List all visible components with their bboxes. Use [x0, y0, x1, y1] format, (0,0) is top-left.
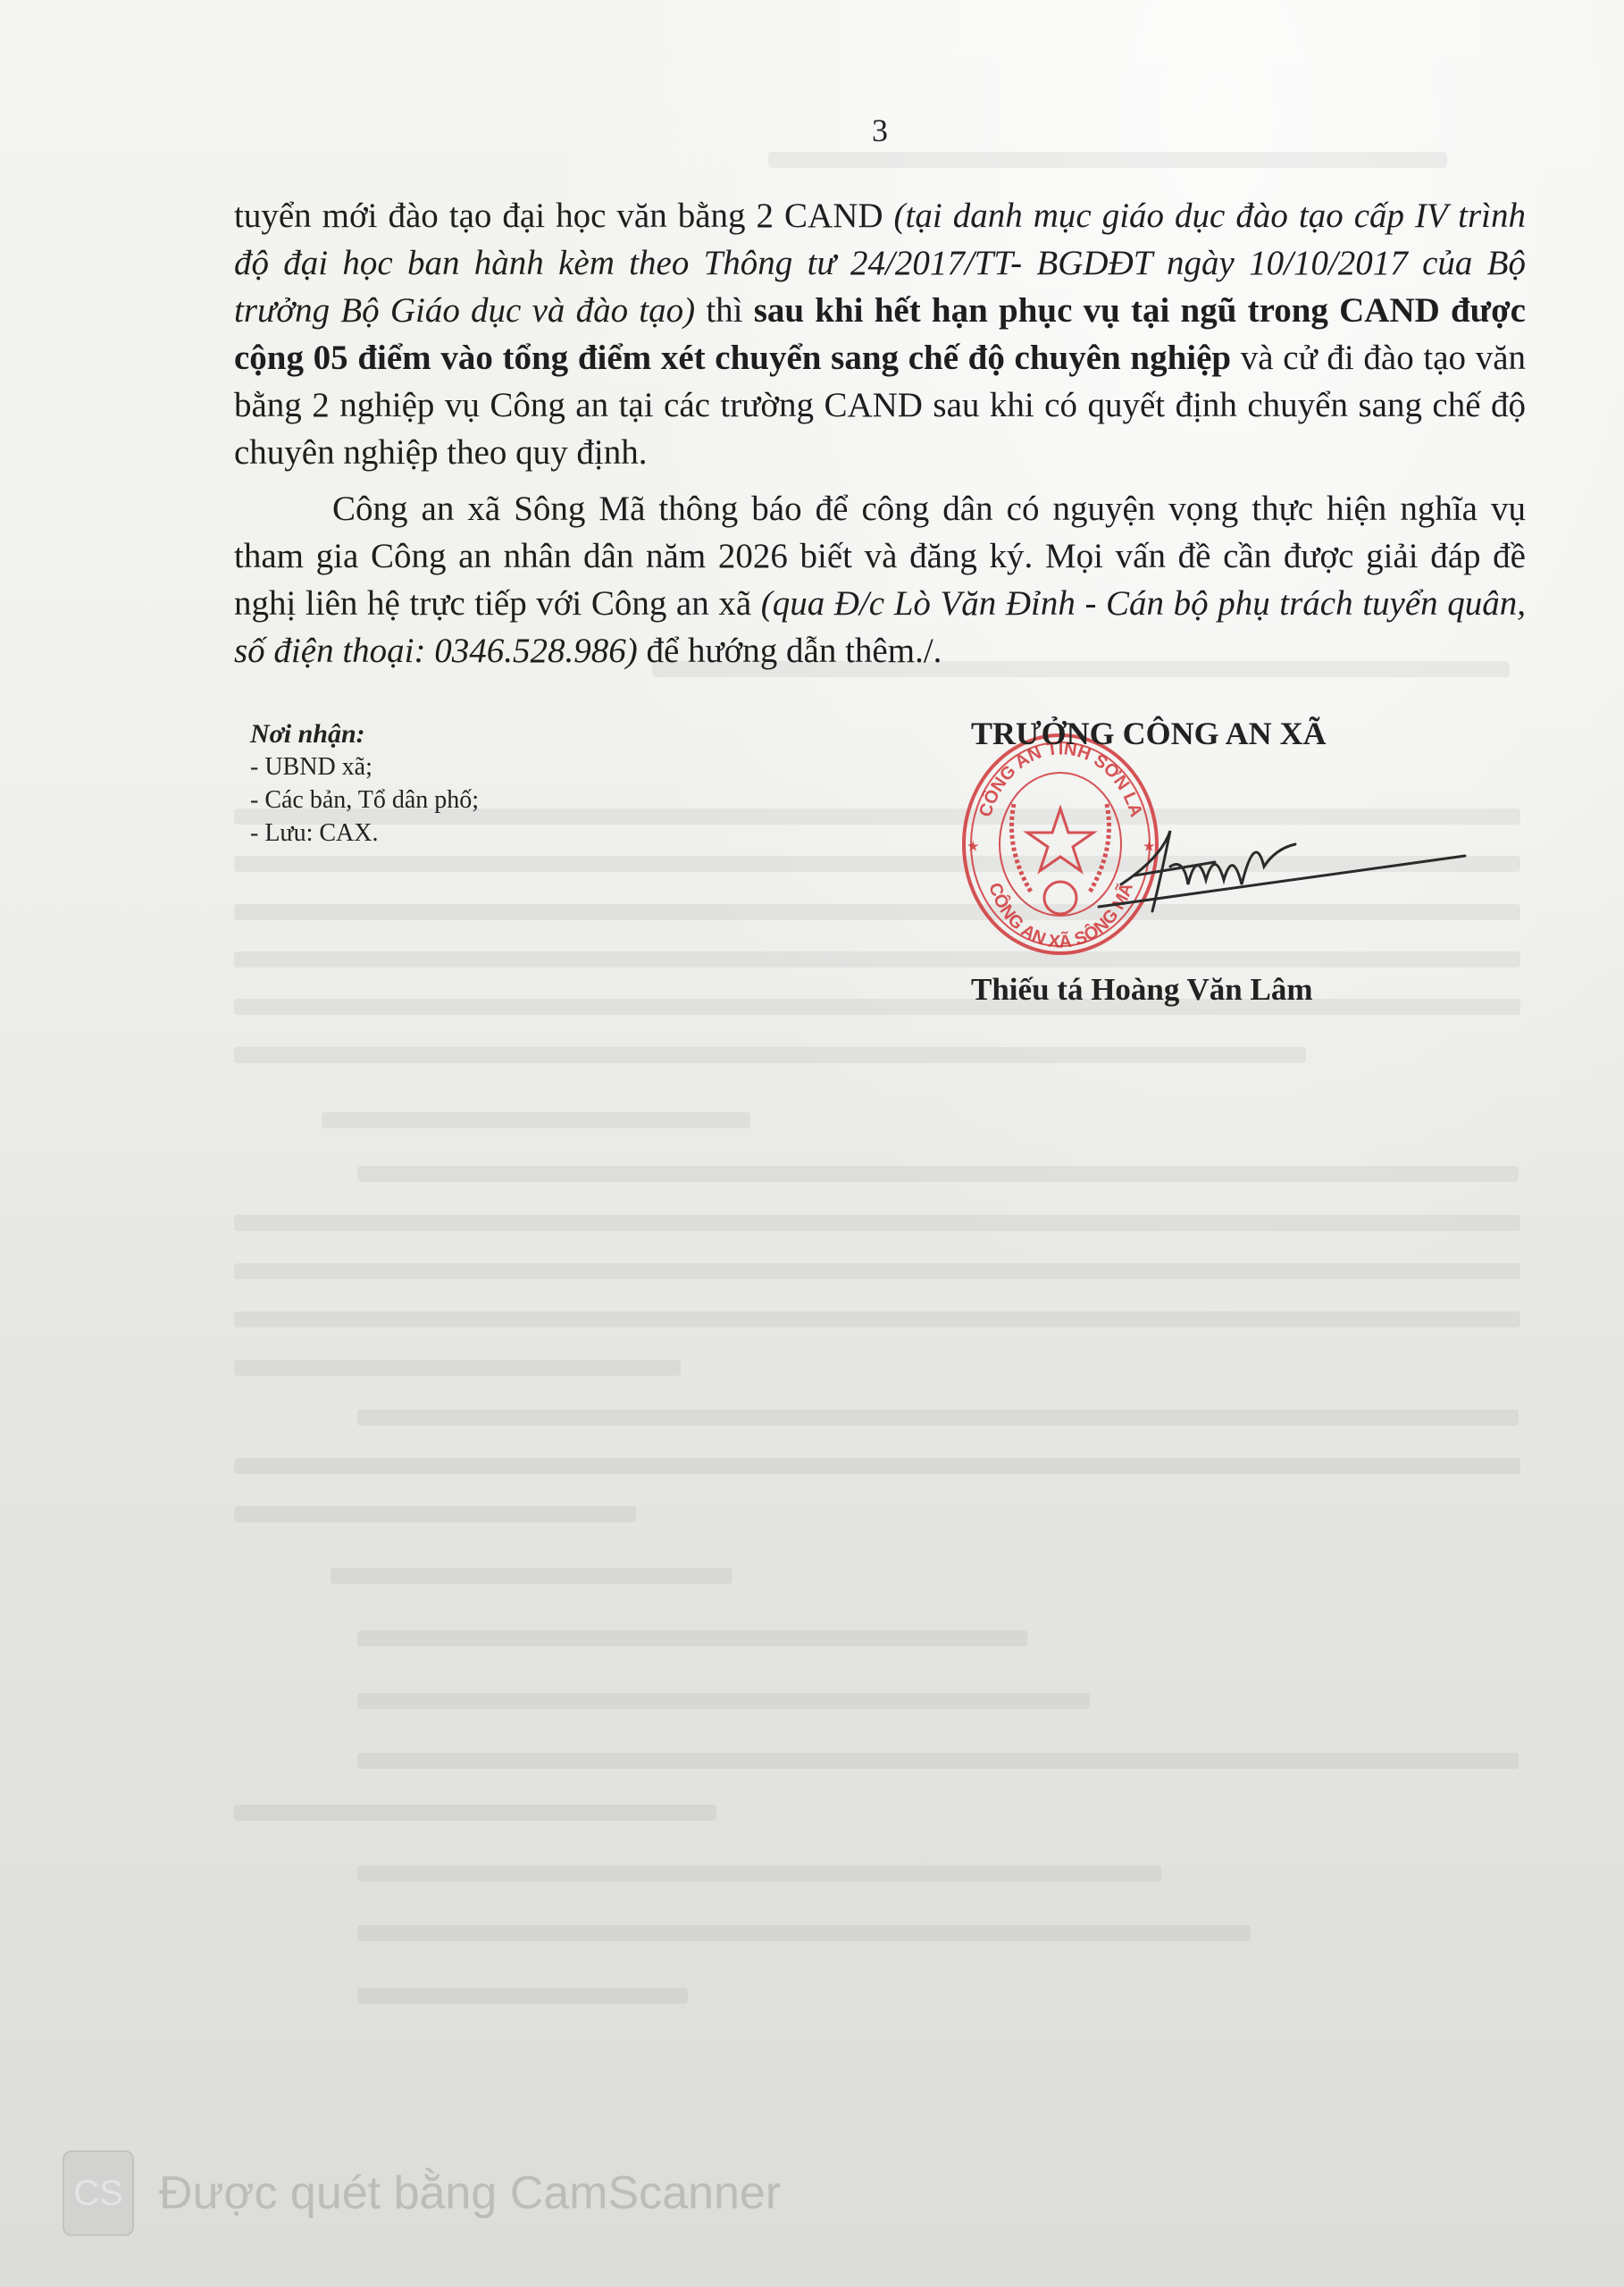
watermark-text: Được quét bằng CamScanner [159, 2166, 781, 2220]
camscanner-logo-icon: CS [63, 2150, 134, 2236]
p1-seg-2: thì [695, 291, 754, 330]
recipient-item: - UBND xã; [250, 750, 479, 783]
camscanner-watermark: CS Được quét bằng CamScanner [63, 2157, 781, 2229]
recipients-block: Nơi nhận: - UBND xã; - Các bản, Tổ dân p… [250, 717, 479, 850]
signature-block: CÔNG AN TỈNH SƠN LA CÔNG AN XÃ SÔNG MÃ ★… [929, 706, 1483, 1045]
signer-name: Thiếu tá Hoàng Văn Lâm [971, 972, 1313, 1008]
recipients-title: Nơi nhận: [250, 717, 479, 750]
svg-text:★: ★ [967, 839, 979, 853]
page-number: 3 [0, 112, 1624, 149]
recipient-item: - Lưu: CAX. [250, 817, 479, 850]
signer-title: TRƯỞNG CÔNG AN XÃ [971, 715, 1327, 752]
recipient-item: - Các bản, Tổ dân phố; [250, 783, 479, 817]
p1-seg-0: tuyển mới đào tạo đại học văn bằng 2 CAN… [234, 197, 894, 235]
p2-seg-2: để hướng dẫn thêm./. [638, 632, 942, 670]
paragraph-notice: Công an xã Sông Mã thông báo để công dân… [234, 485, 1526, 674]
handwritten-signature-icon [1036, 813, 1483, 920]
paragraph-benefits: tuyển mới đào tạo đại học văn bằng 2 CAN… [234, 192, 1526, 476]
